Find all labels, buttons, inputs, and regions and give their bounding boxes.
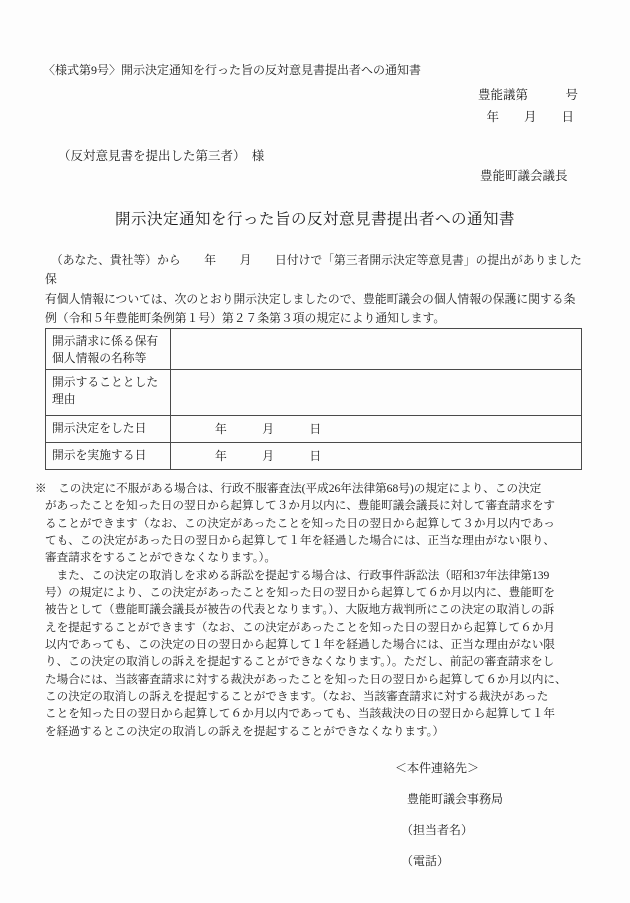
- body-paragraph: （あなた、貴社等）から 年 月 日付けで「第三者開示決定等意見書」の提出がありま…: [45, 251, 593, 329]
- table-row-implementation-date: 開示を実施する日 年 月 日: [46, 443, 582, 470]
- row-label: 開示することとした理由: [46, 370, 171, 416]
- contact-block: ＜本件連絡先＞ 豊能町議会事務局 （担当者名） （電話）: [395, 745, 503, 885]
- row-value-blank: [171, 329, 582, 370]
- sender-title: 豊能町議会議長: [480, 166, 568, 184]
- page-title: 開示決定通知を行った旨の反対意見書提出者への通知書: [0, 207, 630, 229]
- contact-person: （担当者名）: [395, 823, 503, 839]
- document-date-line: 年 月 日: [486, 107, 574, 125]
- document-page: 〈様式第9号〉開示決定通知を行った旨の反対意見書提出者への通知書 豊能議第 号 …: [0, 0, 630, 903]
- row-value-date: 年 月 日: [171, 443, 582, 470]
- form-style-label: 〈様式第9号〉開示決定通知を行った旨の反対意見書提出者への通知書: [43, 63, 421, 78]
- contact-office: 豊能町議会事務局: [395, 792, 503, 808]
- row-value-date: 年 月 日: [171, 416, 582, 443]
- row-label: 開示を実施する日: [46, 443, 171, 470]
- recipient-line: （反対意見書を提出した第三者） 様: [58, 146, 264, 164]
- contact-header: ＜本件連絡先＞: [395, 761, 503, 777]
- table-row-decision-date: 開示決定をした日 年 月 日: [46, 416, 582, 443]
- contact-phone: （電話）: [395, 854, 503, 870]
- row-value-blank: [171, 370, 582, 416]
- document-number-line: 豊能議第 号: [478, 85, 578, 103]
- appeal-instructions-note: ※ この決定に不服がある場合は、行政不服審査法(平成26年法律第68号)の規定に…: [35, 480, 593, 740]
- table-row-disclosure-reason: 開示することとした理由: [46, 370, 582, 416]
- row-label: 開示請求に係る保有個人情報の名称等: [46, 329, 171, 370]
- row-label: 開示決定をした日: [46, 416, 171, 443]
- disclosure-info-table: 開示請求に係る保有個人情報の名称等 開示することとした理由 開示決定をした日 年…: [45, 328, 582, 470]
- table-row-information-name: 開示請求に係る保有個人情報の名称等: [46, 329, 582, 370]
